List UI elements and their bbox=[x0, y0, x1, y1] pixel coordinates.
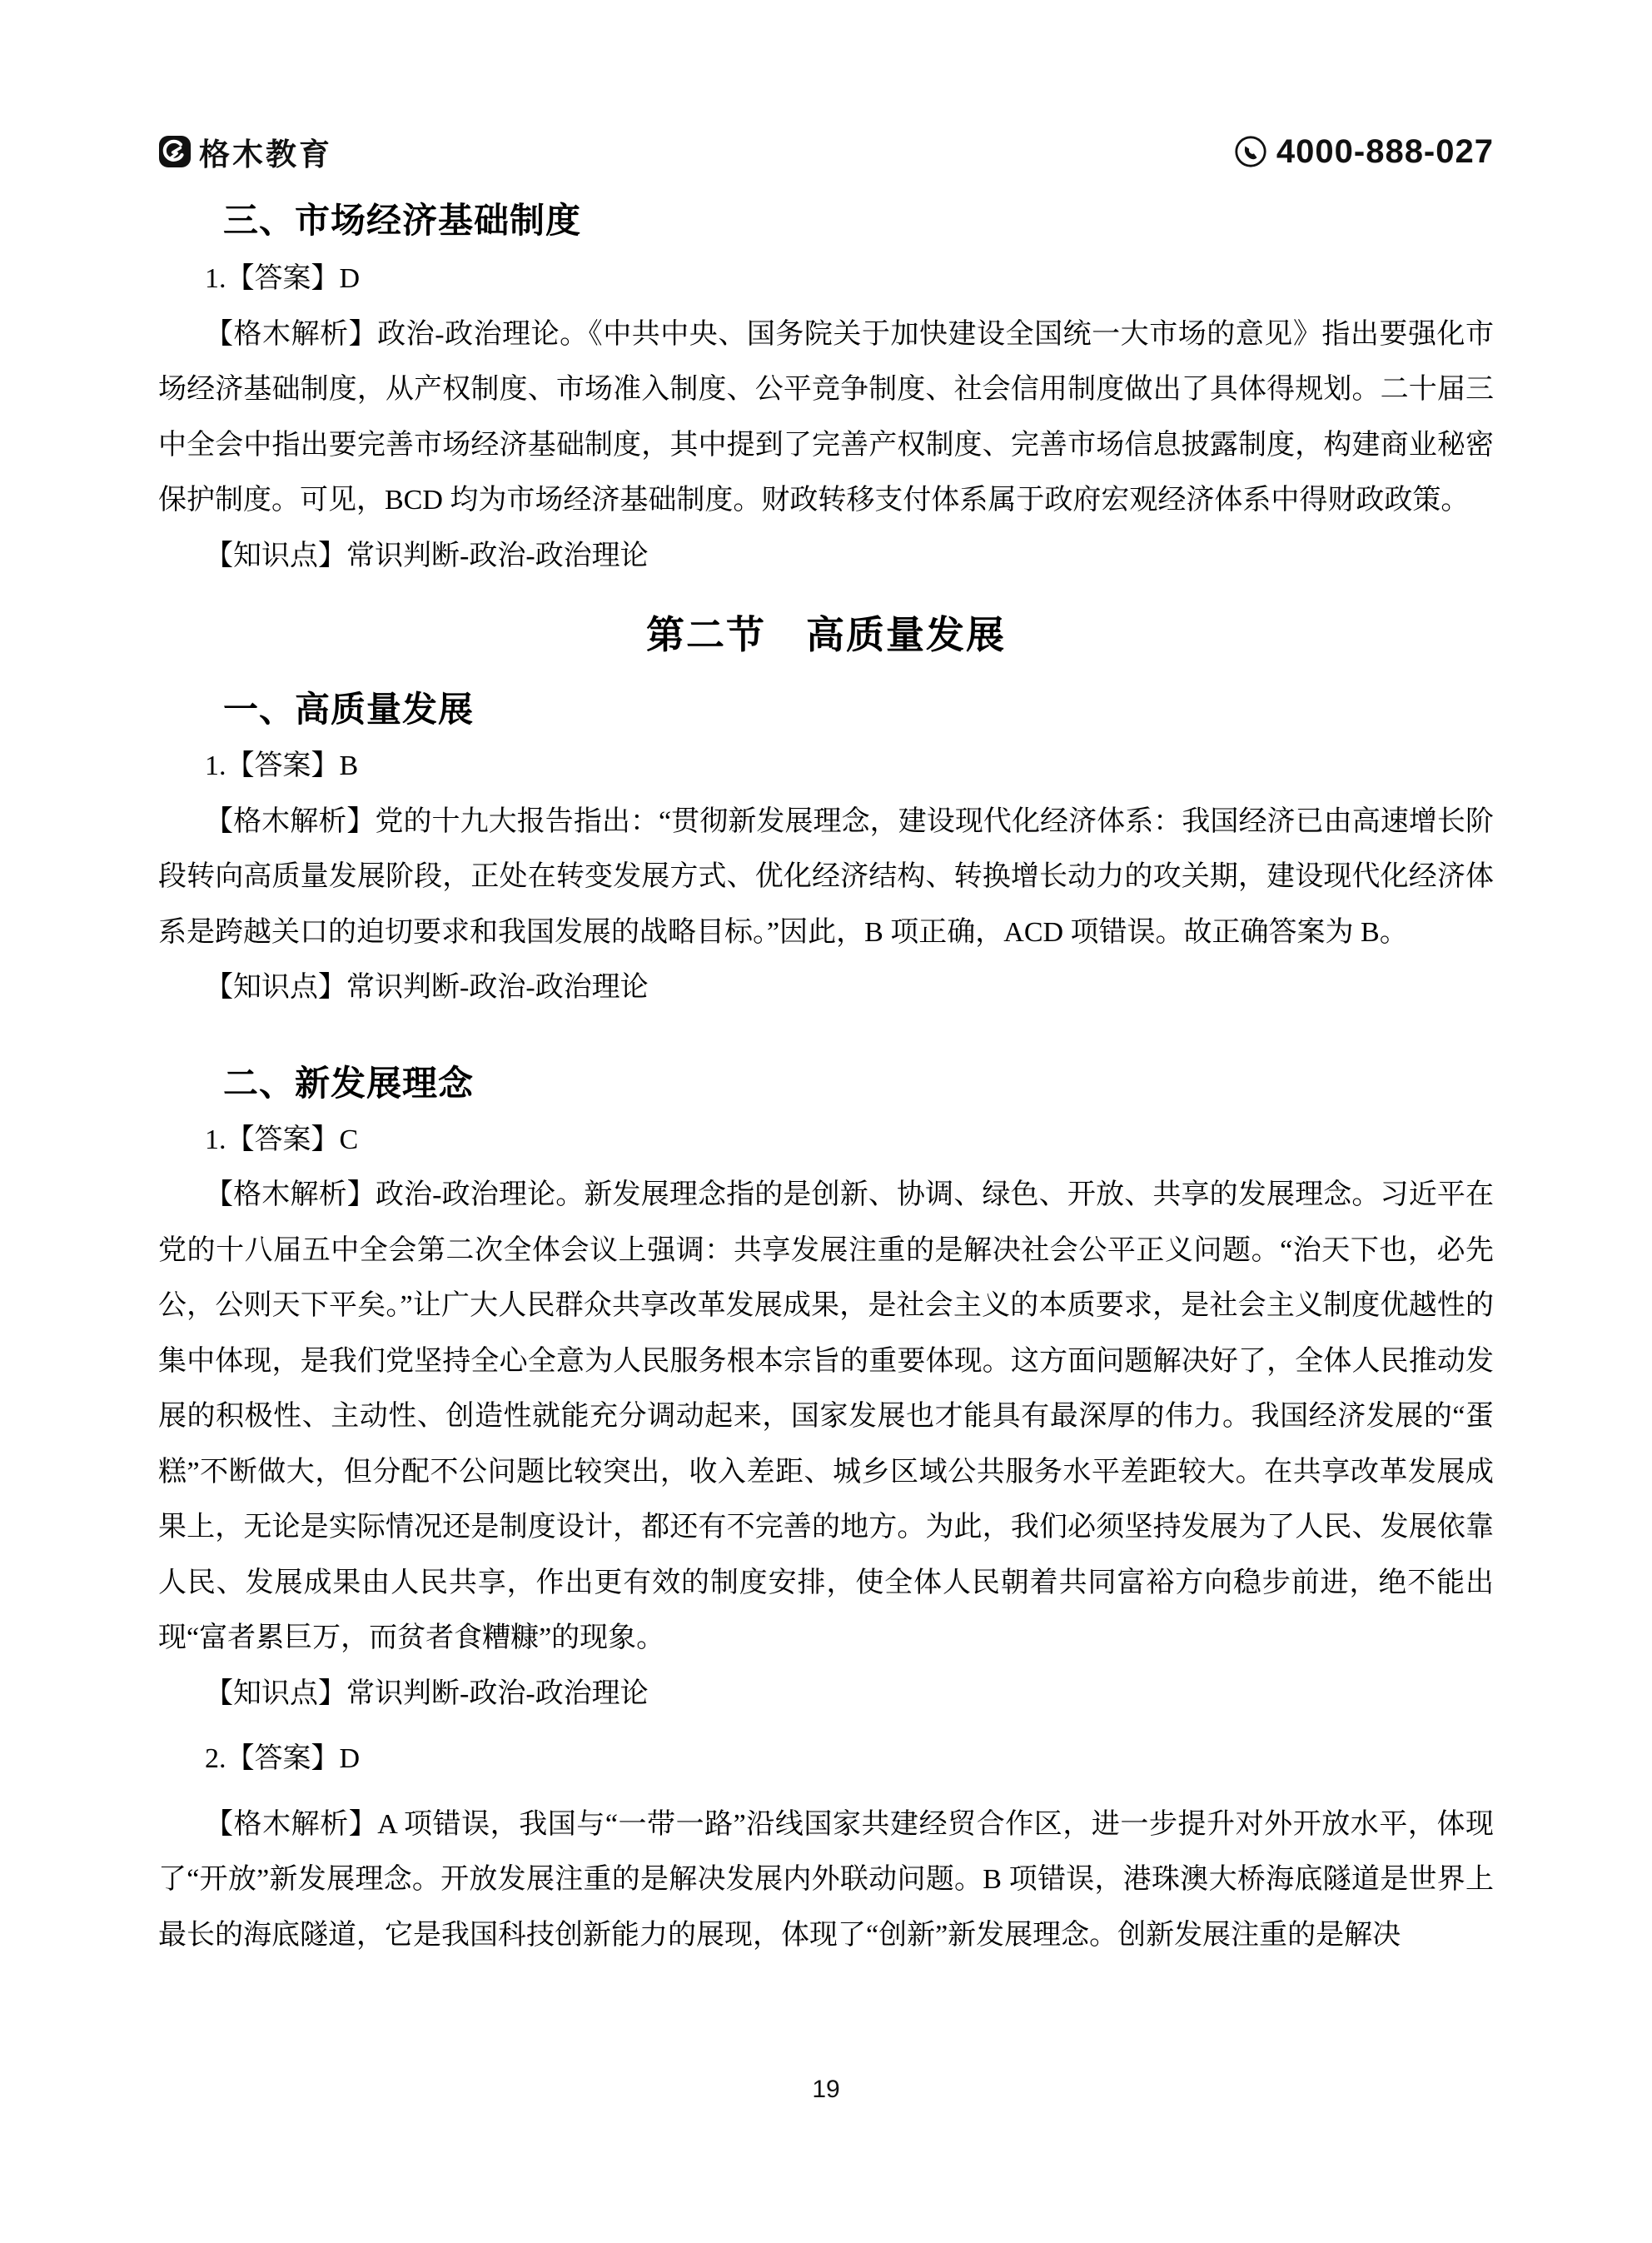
brand-name: 格木教育 bbox=[199, 129, 332, 174]
knowledge-point: 【知识点】常识判断-政治-政治理论 bbox=[158, 529, 1494, 585]
answer-line: 1.【答案】B bbox=[158, 739, 1494, 795]
analysis-paragraph: 【格木解析】A 项错误，我国与“一带一路”沿线国家共建经贸合作区，进一步提升对外… bbox=[158, 1797, 1494, 1964]
section-heading-new-development: 二、新发展理念 bbox=[158, 1063, 1494, 1106]
analysis-paragraph: 【格木解析】政治-政治理论。《中共中央、国务院关于加快建设全国统一大市场的意见》… bbox=[158, 307, 1494, 529]
knowledge-point: 【知识点】常识判断-政治-政治理论 bbox=[158, 1667, 1494, 1722]
answer-line: 1.【答案】C bbox=[158, 1113, 1494, 1169]
phone-number: 4000-888-027 bbox=[1276, 133, 1494, 171]
page-header: 格木教育 4000-888-027 bbox=[158, 0, 1494, 172]
gemu-logo-icon bbox=[158, 135, 192, 168]
analysis-paragraph: 【格木解析】政治-政治理论。新发展理念指的是创新、协调、绿色、开放、共享的发展理… bbox=[158, 1168, 1494, 1667]
phone-icon bbox=[1233, 134, 1268, 169]
answer-line: 2.【答案】D bbox=[158, 1732, 1494, 1787]
section-heading-high-quality: 一、高质量发展 bbox=[158, 689, 1494, 732]
brand-logo: 格木教育 bbox=[158, 129, 332, 174]
document-page: 格木教育 4000-888-027 三、市场经济基础制度 1.【答案】D 【格木… bbox=[0, 0, 1652, 1963]
page-number: 19 bbox=[0, 2076, 1652, 2104]
analysis-paragraph: 【格木解析】党的十九大报告指出：“贯彻新发展理念，建设现代化经济体系：我国经济已… bbox=[158, 795, 1494, 961]
chapter-title: 第二节 高质量发展 bbox=[158, 609, 1494, 662]
knowledge-point: 【知识点】常识判断-政治-政治理论 bbox=[158, 960, 1494, 1016]
answer-line: 1.【答案】D bbox=[158, 252, 1494, 307]
section-heading-market-economy: 三、市场经济基础制度 bbox=[158, 200, 1494, 243]
contact-phone: 4000-888-027 bbox=[1233, 133, 1494, 171]
